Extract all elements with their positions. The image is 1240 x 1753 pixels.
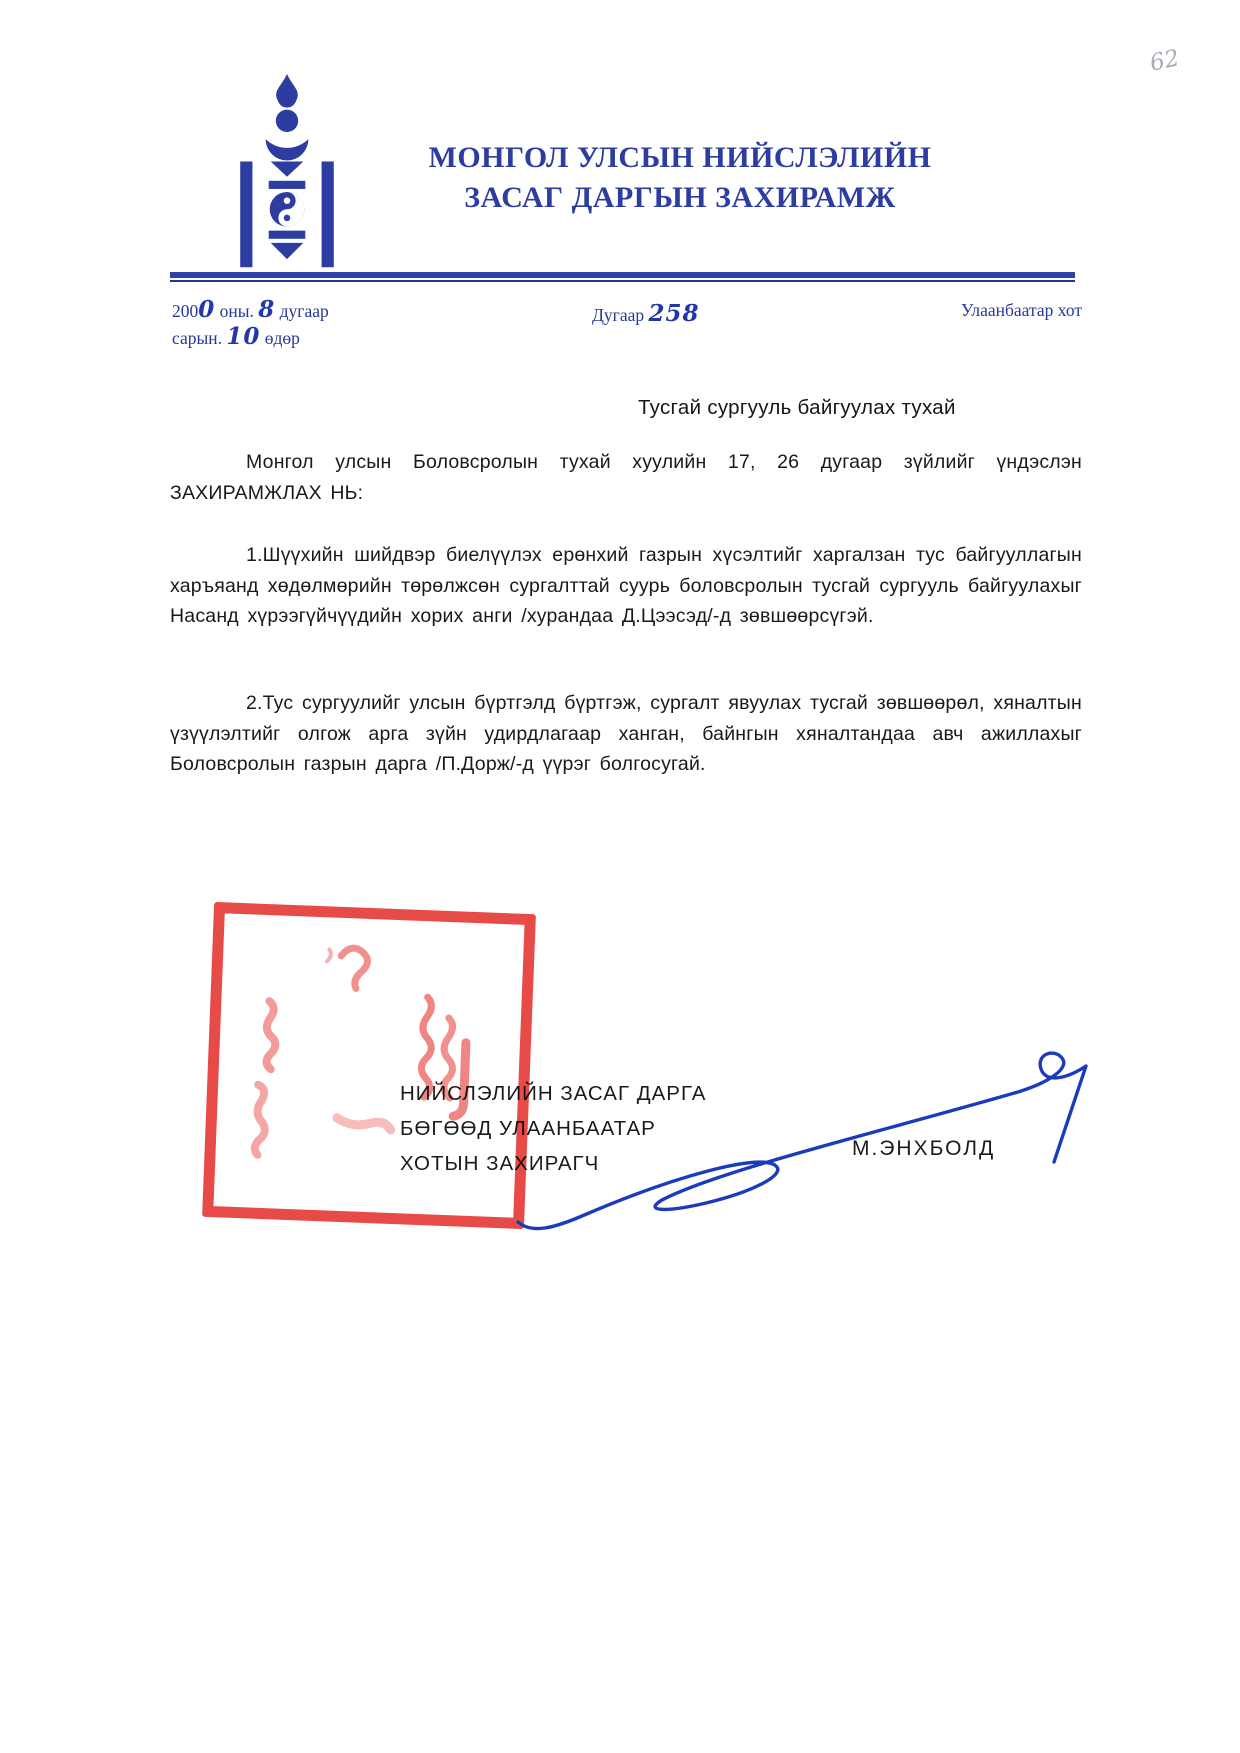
soyombo-emblem-icon — [228, 74, 346, 268]
document-title: Тусгай сургууль байгуулах тухай — [170, 396, 1082, 420]
handwritten-year-digit: 0 — [198, 296, 215, 323]
letterhead-line2: ЗАСАГ ДАРГЫН ЗАХИРАМЖ — [380, 178, 980, 218]
flame-shape — [276, 74, 298, 108]
paragraph-preamble: Монгол улсын Боловсролын тухай хуулийн 1… — [170, 447, 1082, 508]
decree-number-block: Дугаар 258 — [592, 300, 700, 327]
date-month-label: дугаар — [275, 301, 329, 321]
paragraph-clause-2: 2.Тус сургуулийг улсын бүртгэлд бүртгэж,… — [170, 688, 1082, 780]
number-label: Дугаар — [592, 305, 649, 325]
date-prefix: 200 — [172, 301, 198, 321]
letterhead-title: МОНГОЛ УЛСЫН НИЙСЛЭЛИЙН ЗАСАГ ДАРГЫН ЗАХ… — [380, 138, 980, 218]
date-day-label: өдөр — [260, 328, 300, 348]
header-divider — [170, 272, 1075, 282]
divider-thick-line — [170, 272, 1075, 278]
handwritten-decree-number: 258 — [649, 300, 700, 327]
handwritten-page-number: 62 — [1148, 45, 1182, 77]
handwritten-month: 8 — [258, 296, 275, 323]
paragraph-clause-1: 1.Шүүхийн шийдвэр биелүүлэх ерөнхий газр… — [170, 540, 1082, 632]
date-oni-label: оны. — [215, 301, 258, 321]
city-label: Улаанбаатар хот — [961, 300, 1082, 321]
signature-stroke — [470, 1040, 1110, 1240]
scanned-decree-page: 62 МОНГОЛ УЛСЫН НИЙСЛЭЛИЙН ЗАСАГ Д — [0, 0, 1240, 1753]
moon-crescent-shape — [266, 139, 309, 160]
sun-shape — [276, 110, 298, 132]
letterhead-line1: МОНГОЛ УЛСЫН НИЙСЛЭЛИЙН — [380, 138, 980, 178]
handwritten-day: 10 — [226, 323, 260, 350]
date-line2-prefix: сарын. — [172, 328, 226, 348]
date-block: 2000 оны. 8 дугаар сарын. 10 өдөр — [172, 297, 432, 351]
divider-thin-line — [170, 280, 1075, 282]
